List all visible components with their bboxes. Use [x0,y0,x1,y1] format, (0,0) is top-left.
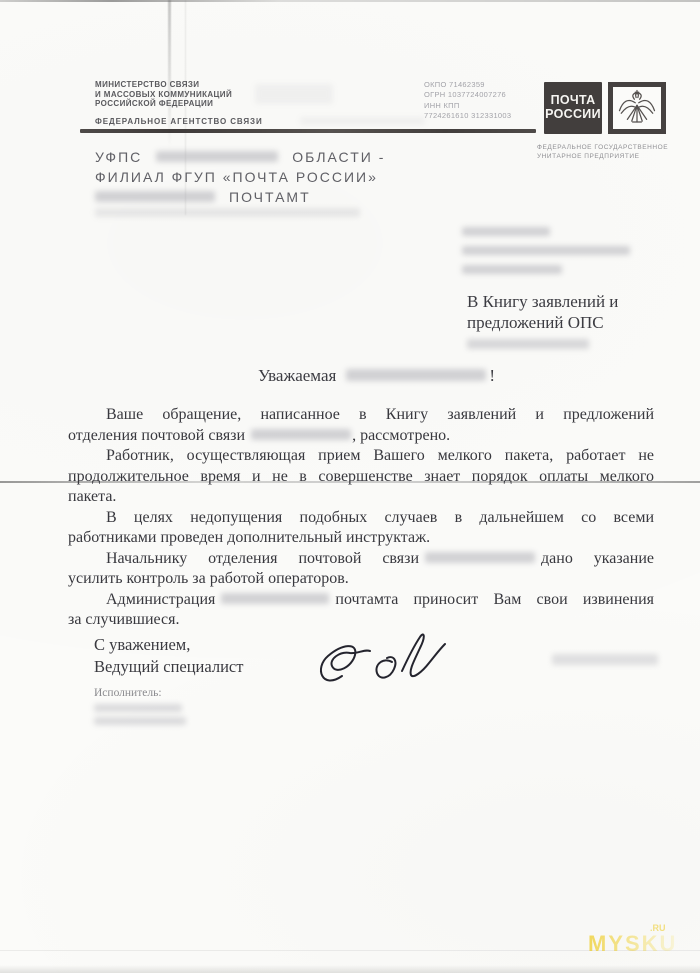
logo-word-line: ПОЧТА [544,93,602,107]
redacted-region-name [156,151,278,162]
ministry-line: МИНИСТЕРСТВО СВЯЗИ [95,80,232,90]
line-text: дано указание [541,550,654,567]
redacted-reference-number [95,208,360,217]
letter-line: работниками проведен дополнительный инст… [68,528,654,549]
redacted-recipient-city [462,265,562,274]
branch-oblast-label: ОБЛАСТИ - [292,149,385,165]
closing-line-2: Ведущий специалист [94,656,243,678]
addressee-block [462,222,630,279]
branch-pochtamt-label: ПОЧТАМТ [229,189,311,205]
book-line-1: В Книгу заявлений и [467,291,618,312]
double-headed-eagle-icon [616,89,658,127]
line-text: почтамта приносит Вам свои извинения [335,591,654,608]
letter-line: усилить контроль за работой операторов. [68,569,654,590]
redacted-addressee-name [346,369,486,381]
line-text: , рассмотрено. [352,427,450,444]
org-caption-line: УНИТАРНОЕ ПРЕДПРИЯТИЕ [537,152,668,161]
salutation-punctuation: ! [489,366,495,385]
scan-top-edge-shadow [0,0,700,2]
logo-org-caption: ФЕДЕРАЛЬНОЕ ГОСУДАРСТВЕННОЕ УНИТАРНОЕ ПР… [537,143,668,161]
registration-codes: ОКПО 71462359 ОГРН 1037724007276 ИНН КПП… [424,80,511,122]
book-line-2: предложений ОПС [467,312,618,333]
redacted-ops-location [425,552,535,563]
org-caption-line: ФЕДЕРАЛЬНОЕ ГОСУДАРСТВЕННОЕ [537,143,668,152]
salutation-line: Уважаемая! [258,366,495,386]
letter-line: В целях недопущения подобных случаев в д… [68,508,654,529]
scan-bottom-edge-shadow [0,965,700,973]
pochta-rossii-logo: ПОЧТА РОССИИ [544,82,602,134]
redacted-recipient-name [462,227,550,236]
ogrn-code: ОГРН 1037724007276 [424,90,511,100]
closing-block: С уважением, Ведущий специалист [94,634,243,678]
inn-kpp-label: ИНН КПП [424,101,511,111]
executor-label: Исполнитель: [94,687,186,700]
redacted-ops-location [467,339,589,349]
letter-line: Начальнику отделения почтовой связидано … [68,549,654,570]
letter-line: Администрацияпочтамта приносит Вам свои … [68,590,654,611]
reference-number-line [95,204,360,222]
faint-stamp-smudge [300,117,425,125]
redacted-executor-phone [94,717,186,725]
site-watermark-suffix: .RU [650,923,666,933]
scanned-letter-page: МИНИСТЕРСТВО СВЯЗИ И МАССОВЫХ КОММУНИКАЦ… [0,0,700,973]
site-watermark: MYSKU [588,931,677,957]
letter-line: продолжительное время и не в совершенств… [68,467,654,488]
okpo-code: ОКПО 71462359 [424,80,511,90]
logo-word-line: РОССИИ [544,107,602,121]
inn-kpp-code: 7724261610 312331003 [424,111,511,121]
faint-stamp-smudge [255,84,333,104]
letterhead-divider-rule [80,129,536,133]
branch-line-2: ФИЛИАЛ ФГУП «ПОЧТА РОССИИ» [95,167,385,187]
redacted-city-name [95,191,215,202]
branch-name-block: УФПСОБЛАСТИ - ФИЛИАЛ ФГУП «ПОЧТА РОССИИ»… [95,147,385,207]
handwritten-signature [312,624,472,696]
redacted-ops-location [251,429,351,440]
ministry-line: И МАССОВЫХ КОММУНИКАЦИЙ [95,90,232,100]
branch-ufps-label: УФПС [95,149,142,165]
letter-line: пакета. [68,487,654,508]
redacted-executor-name [94,704,182,712]
letter-body: Ваше обращение, написанное в Книгу заявл… [68,405,654,631]
letterhead-agency: ФЕДЕРАЛЬНОЕ АГЕНТСТВО СВЯЗИ [95,117,263,126]
letter-line: Работник, осуществляющая прием Вашего ме… [68,446,654,467]
ministry-line: РОССИЙСКОЙ ФЕДЕРАЦИИ [95,99,232,109]
signer-name [552,652,658,670]
branch-line-1: УФПСОБЛАСТИ - [95,147,385,167]
redacted-signer-name [552,654,658,665]
complaint-book-reference: В Книгу заявлений и предложений ОПС [467,291,618,354]
closing-line-1: С уважением, [94,634,243,656]
line-text: Начальнику отделения почтовой связи [106,550,419,567]
letterhead-ministry: МИНИСТЕРСТВО СВЯЗИ И МАССОВЫХ КОММУНИКАЦ… [95,80,232,109]
redacted-recipient-address [462,246,630,255]
letter-line: отделения почтовой связи, рассмотрено. [68,426,654,447]
redacted-city-adjective [221,593,329,604]
signature-icon [312,624,472,696]
line-text: отделения почтовой связи [68,427,245,444]
letter-line: Ваше обращение, написанное в Книгу заявл… [68,405,654,426]
executor-block: Исполнитель: [94,687,186,729]
eagle-emblem-box [608,82,666,134]
line-text: Администрация [106,591,215,608]
salutation-text: Уважаемая [258,366,336,385]
